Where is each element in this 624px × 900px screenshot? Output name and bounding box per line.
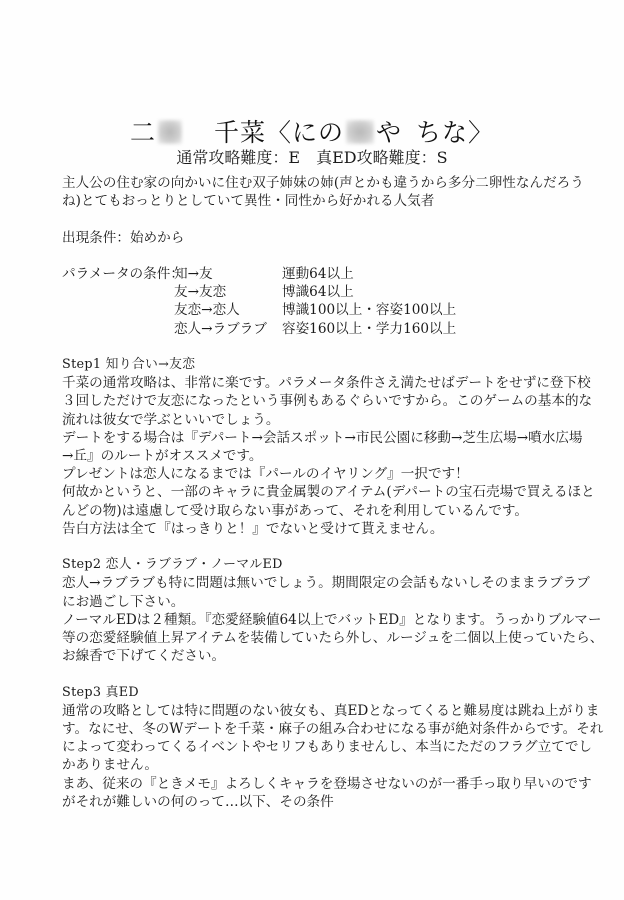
- step2-line: 恋人→ラブラブも特に問題は無いでしょう。期間限定の会話もないしそのままラブラブ: [62, 574, 568, 592]
- character-title: 二千菜〈にのやちな〉: [0, 118, 624, 148]
- redacted-block: [346, 120, 374, 144]
- step1-heading: Step1 知り合い→友恋: [62, 356, 568, 374]
- intro-line: ね)とてもおっとりとしていて異性・同性から好かれる人気者: [62, 192, 568, 210]
- title-reading-mid: や: [376, 118, 402, 147]
- step1-line: 何故かというと、一部のキャラに貴金属製のアイテム(デパートの宝石売場で買えるほと: [62, 483, 568, 501]
- step3-heading: Step3 真ED: [62, 684, 568, 702]
- step2-heading: Step2 恋人・ラブラブ・ノーマルED: [62, 556, 568, 574]
- parameter-transition: 友→友恋: [174, 283, 282, 301]
- step2-line: お線香で下げてください。: [62, 647, 568, 665]
- title-name-reading-start: 千菜〈にの: [214, 118, 344, 147]
- title-surname-start: 二: [130, 118, 156, 147]
- parameter-requirement: 容姿160以上・学力160以上: [282, 320, 456, 338]
- normal-difficulty: 通常攻略難度：E: [176, 148, 300, 167]
- step1-line: 千菜の通常攻略は、非常に楽です。パラメータ条件さえ満たせばデートをせずに登下校: [62, 374, 568, 392]
- parameter-requirement: 運動64以上: [282, 265, 354, 283]
- parameter-transition: 友恋→恋人: [174, 301, 282, 319]
- step2-line: ノーマルEDは２種類。『恋愛経験値64以上でバットED』となります。うっかりブル…: [62, 611, 568, 629]
- step1-line: デートをする場合は『デパート→会話スポット→市民公園に移動→芝生広場→噴水広場: [62, 429, 568, 447]
- step3-line: かありません。: [62, 756, 568, 774]
- step3-section: Step3 真ED 通常の攻略としては特に問題のない彼女も、真EDとなってくると…: [62, 684, 568, 811]
- intro-line: 主人公の住む家の向かいに住む双子姉妹の姉(声とかも違うから多分二卵性なんだろう: [62, 174, 568, 192]
- step3-line: まあ、従来の『ときメモ』よろしくキャラを登場させないのが一番手っ取り早いのです: [62, 775, 568, 793]
- step3-line: がそれが難しいの何のって…以下、その条件: [62, 793, 568, 811]
- parameter-row: 友恋→恋人 博識100以上・容姿100以上: [62, 301, 568, 319]
- step3-line: 通常の攻略としては特に問題のない彼女も、真EDとなってくると難易度は跳ね上がりま: [62, 702, 568, 720]
- parameter-label: パラメータの条件：: [62, 265, 174, 283]
- parameter-row: パラメータの条件： 知→友 運動64以上: [62, 265, 568, 283]
- document-page: 二千菜〈にのやちな〉 通常攻略難度：E真ED攻略難度：S 主人公の住む家の向かい…: [0, 0, 624, 900]
- true-ed-difficulty: 真ED攻略難度：S: [316, 148, 447, 167]
- step1-line: んどの物)は遠慮して受け取らない事があって、それを利用しているんです。: [62, 502, 568, 520]
- title-reading-end: ちな〉: [416, 118, 494, 147]
- step1-section: Step1 知り合い→友恋 千菜の通常攻略は、非常に楽です。パラメータ条件さえ満…: [62, 356, 568, 538]
- step1-line: ３回しただけで友恋になったという事例もあるぐらいですから。このゲームの基本的な: [62, 392, 568, 410]
- step2-section: Step2 恋人・ラブラブ・ノーマルED 恋人→ラブラブも特に問題は無いでしょう…: [62, 556, 568, 665]
- parameter-transition: 知→友: [174, 265, 282, 283]
- step1-line: →丘』のルートがオススメです。: [62, 447, 568, 465]
- difficulty-subtitle: 通常攻略難度：E真ED攻略難度：S: [0, 148, 624, 168]
- parameter-transition: 恋人→ラブラブ: [174, 320, 282, 338]
- step2-line: にお過ごし下さい。: [62, 593, 568, 611]
- step1-line: プレゼントは恋人になるまでは『パールのイヤリング』一択です！: [62, 465, 568, 483]
- step2-line: 等の恋愛経験値上昇アイテムを装備していたら外し、ルージュを二個以上使っていたら、: [62, 629, 568, 647]
- parameter-requirement: 博識64以上: [282, 283, 354, 301]
- appearance-condition: 出現条件：始めから: [62, 229, 568, 247]
- step3-line: す。なにせ、冬のWデートを千菜・麻子の組み合わせになる事が絶対条件からです。それ: [62, 720, 568, 738]
- intro-paragraph: 主人公の住む家の向かいに住む双子姉妹の姉(声とかも違うから多分二卵性なんだろう …: [62, 174, 568, 210]
- parameter-conditions: パラメータの条件： 知→友 運動64以上 友→友恋 博識64以上 友恋→恋人 博…: [62, 265, 568, 338]
- document-body: 主人公の住む家の向かいに住む双子姉妹の姉(声とかも違うから多分二卵性なんだろう …: [62, 174, 568, 811]
- step1-line: 流れは彼女で学ぶといいでしょう。: [62, 411, 568, 429]
- parameter-requirement: 博識100以上・容姿100以上: [282, 301, 456, 319]
- step3-line: によって変わってくるイベントやセリフもありませんし、本当にただのフラグ立てでし: [62, 738, 568, 756]
- step1-line: 告白方法は全て『はっきりと！』でないと受けて貰えません。: [62, 520, 568, 538]
- parameter-row: 恋人→ラブラブ 容姿160以上・学力160以上: [62, 320, 568, 338]
- redacted-block: [158, 120, 182, 144]
- parameter-row: 友→友恋 博識64以上: [62, 283, 568, 301]
